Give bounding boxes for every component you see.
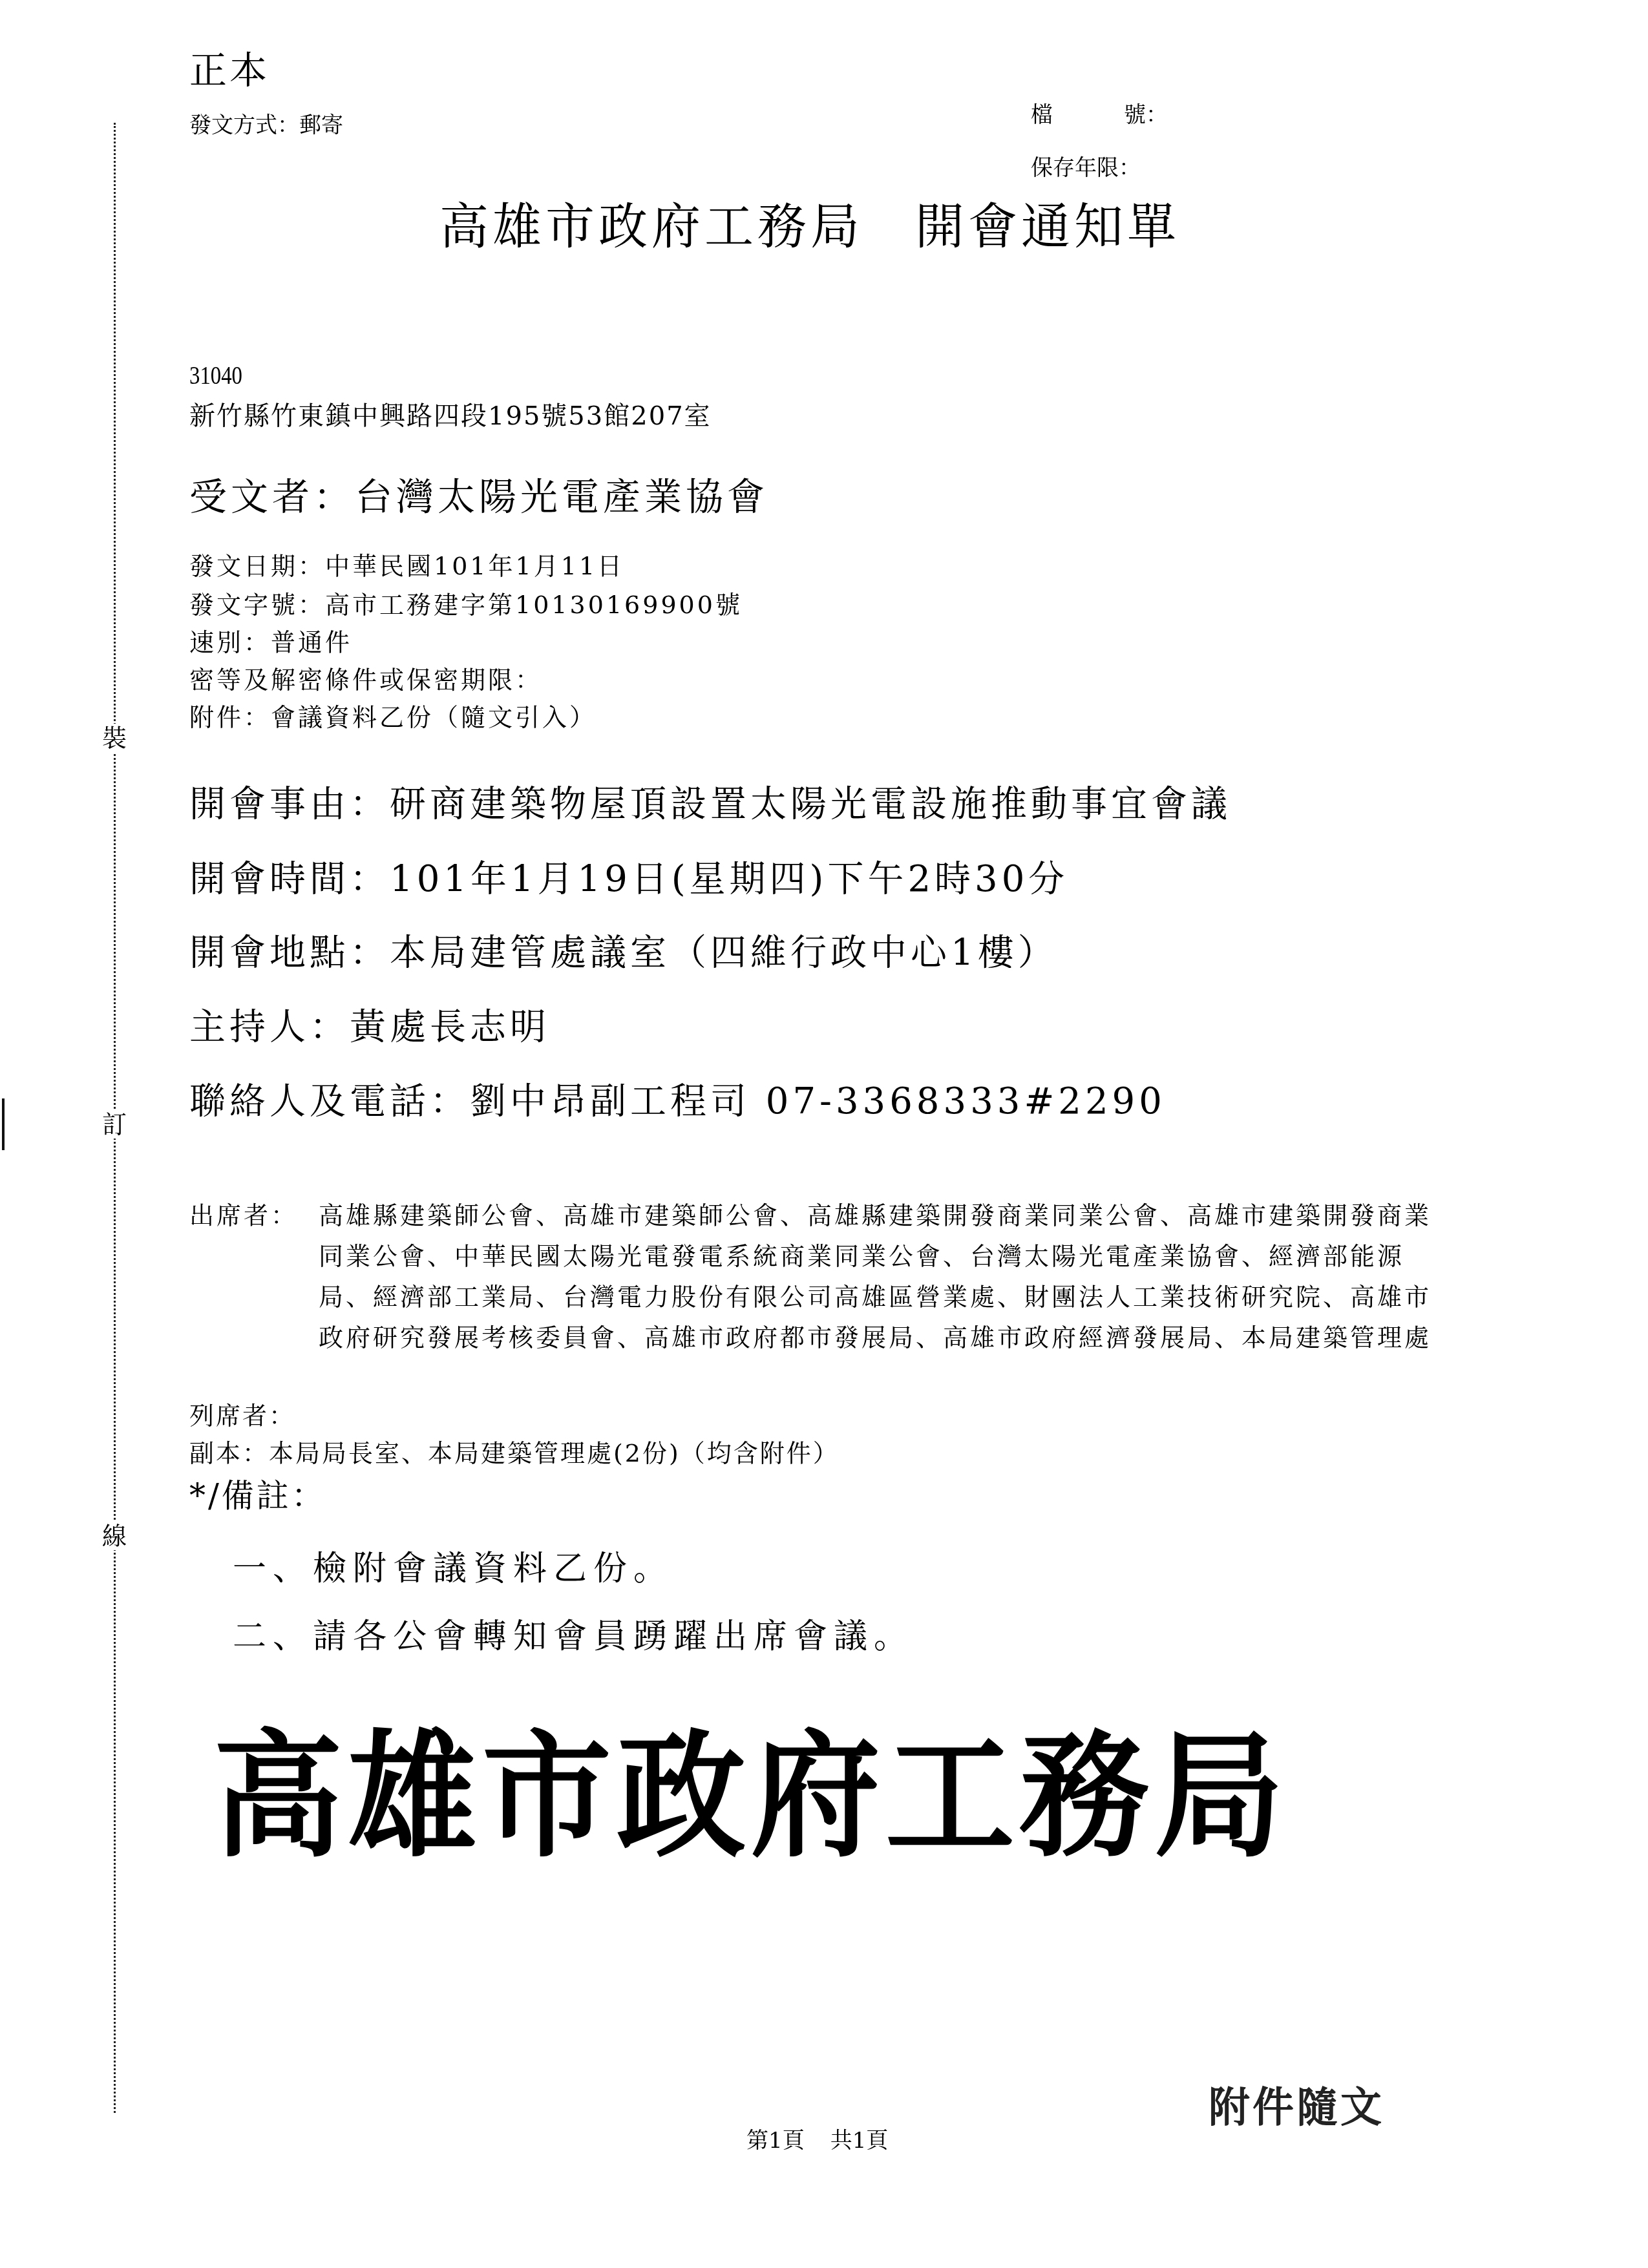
binding-label-zhuang: 裝 bbox=[102, 724, 127, 752]
attendees-label: 出席者： bbox=[189, 1195, 319, 1236]
archive-number-label: 檔號： bbox=[1031, 97, 1168, 129]
remark-item-1: 一、檢附會議資料乙份。 bbox=[233, 1541, 673, 1590]
official-seal-stamp: 高雄市政府工務局 bbox=[213, 1688, 1289, 1883]
copy-mark: 正本 bbox=[189, 40, 269, 94]
meeting-subject: 開會事由：研商建築物屋頂設置太陽光電設施推動事宜會議 bbox=[189, 775, 1231, 827]
page-total: 共1頁 bbox=[830, 2128, 889, 2154]
retention-period-label: 保存年限： bbox=[1031, 150, 1141, 182]
binding-label-ding: 訂 bbox=[102, 1110, 127, 1139]
meeting-time: 開會時間：101年1月19日(星期四)下午2時30分 bbox=[189, 850, 1068, 902]
scan-edge-mark bbox=[2, 1098, 5, 1150]
remarks-title: */備註： bbox=[189, 1470, 326, 1517]
recipient-address: 新竹縣竹東鎮中興路四段195號53館207室 bbox=[189, 395, 712, 432]
attachment-info: 附件：會議資料乙份（隨文引入） bbox=[189, 697, 597, 733]
send-method: 發文方式：郵寄 bbox=[189, 107, 343, 139]
title-document-type: 開會通知單 bbox=[915, 198, 1180, 255]
recipient: 受文者：台灣太陽光電產業協會 bbox=[189, 467, 768, 521]
issue-date: 發文日期：中華民國101年1月11日 bbox=[189, 546, 624, 582]
carbon-copy: 副本：本局局長室、本局建築管理處(2份)（均含附件） bbox=[189, 1433, 840, 1469]
attendees-list: 高雄縣建築師公會、高雄市建築師公會、高雄縣建築開發商業同業公會、高雄市建築開發商… bbox=[319, 1195, 1456, 1358]
page-current: 第1頁 bbox=[746, 2128, 805, 2154]
speed-category: 速別：普通件 bbox=[189, 622, 352, 658]
title-organization: 高雄市政府工務局 bbox=[439, 198, 863, 255]
meeting-location: 開會地點：本局建管處議室（四維行政中心1樓） bbox=[189, 924, 1058, 976]
archive-label-part2: 號： bbox=[1124, 102, 1168, 128]
attendees-block: 出席者： 高雄縣建築師公會、高雄市建築師公會、高雄縣建築開發商業同業公會、高雄市… bbox=[189, 1195, 1469, 1358]
remark-item-2: 二、請各公會轉知會員踴躍出席會議。 bbox=[233, 1609, 914, 1657]
meeting-contact: 聯絡人及電話：劉中昂副工程司 07-3368333#2290 bbox=[189, 1073, 1166, 1124]
secrecy-level: 密等及解密條件或保密期限： bbox=[189, 660, 542, 695]
attachment-follows-stamp: 附件隨文 bbox=[1209, 2074, 1384, 2134]
page-indicator: 第1頁共1頁 bbox=[746, 2123, 888, 2154]
document-title: 高雄市政府工務局開會通知單 bbox=[439, 187, 1180, 258]
document-number: 發文字號：高市工務建字第10130169900號 bbox=[189, 585, 743, 620]
meeting-chair: 主持人：黃處長志明 bbox=[189, 998, 550, 1050]
archive-label-part1: 檔 bbox=[1031, 102, 1053, 128]
observers-label: 列席者： bbox=[189, 1396, 295, 1431]
postal-code: 31040 bbox=[189, 360, 242, 390]
binding-label-xian: 線 bbox=[102, 1522, 127, 1550]
